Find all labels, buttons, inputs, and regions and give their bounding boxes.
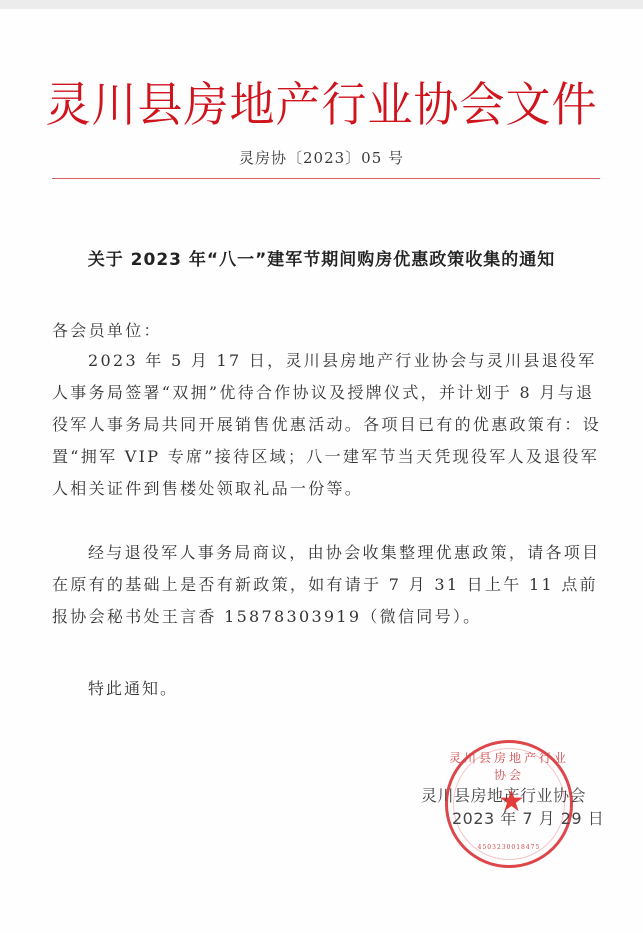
salutation: 各会员单位： bbox=[52, 315, 612, 347]
header-divider bbox=[52, 178, 600, 179]
closing-text: 特此通知。 bbox=[88, 676, 178, 699]
paragraph-2: 经与退役军人事务局商议，由协会收集整理优惠政策，请各项目在原有的基础上是否有新政… bbox=[52, 537, 612, 633]
document-header: 灵川县房地产行业协会文件 bbox=[0, 66, 643, 134]
signature-organization: 灵川县房地产行业协会 bbox=[421, 783, 586, 806]
seal-text: 灵川县房地产行业协会 bbox=[448, 749, 570, 783]
signature-date: 2023 年 7 月 29 日 bbox=[452, 806, 604, 829]
seal-code: 4503230018475 bbox=[448, 844, 570, 851]
document-number: 灵房协〔2023〕05 号 bbox=[0, 147, 643, 168]
paragraph-1: 2023 年 5 月 17 日，灵川县房地产行业协会与灵川县退役军人事务局签署“… bbox=[52, 345, 612, 505]
notice-title: 关于 2023 年“八一”建军节期间购房优惠政策收集的通知 bbox=[0, 245, 643, 270]
top-bar bbox=[0, 0, 643, 9]
